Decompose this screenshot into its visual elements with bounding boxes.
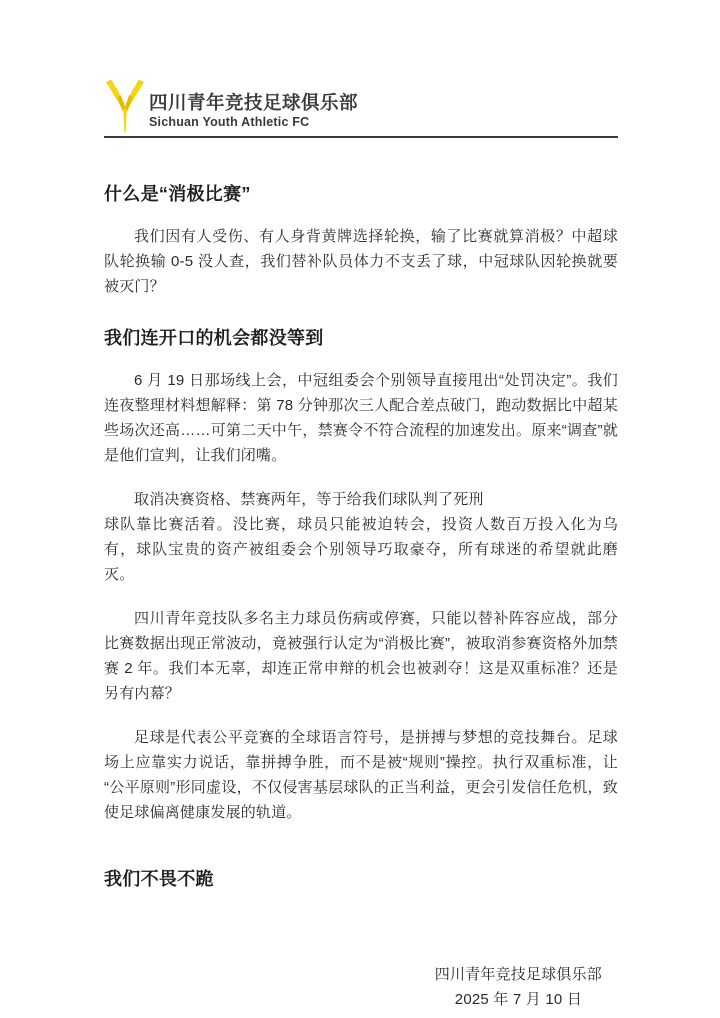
page-content: 四川青年竞技足球俱乐部 Sichuan Youth Athletic FC 什么… (0, 0, 720, 1012)
death-sentence-line1: 取消决赛资格、禁赛两年，等于给我们球队判了死刑 (104, 487, 618, 512)
paragraph-death-sentence: 取消决赛资格、禁赛两年，等于给我们球队判了死刑球队靠比赛活着。没比赛，球员只能被… (104, 487, 618, 587)
club-name-zh: 四川青年竞技足球俱乐部 (149, 93, 358, 113)
death-sentence-line2: 球队靠比赛活着。没比赛，球员只能被迫转会，投资人数百万投入化为乌有，球队宝贵的资… (104, 512, 618, 587)
club-name-en: Sichuan Youth Athletic FC (149, 115, 358, 129)
paragraph-rotation-argument: 我们因有人受伤、有人身背黄牌选择轮换，输了比赛就算消极？中超球队轮换输 0-5 … (104, 224, 618, 299)
statement-page: 四川青年竞技足球俱乐部 Sichuan Youth Athletic FC 什么… (0, 0, 720, 1018)
signature-block: 四川青年竞技足球俱乐部 2025 年 7 月 10 日 (435, 962, 602, 1012)
heading-what-is-negative-match: 什么是“消极比赛” (104, 182, 618, 207)
paragraph-online-meeting: 6 月 19 日那场线上会，中冠组委会个别领导直接甩出“处罚决定”。我们连夜整理… (104, 368, 618, 468)
signature-club-name: 四川青年竞技足球俱乐部 (435, 962, 602, 987)
club-logo-icon (104, 79, 146, 133)
header-divider (104, 136, 618, 138)
statement-body: 什么是“消极比赛” 我们因有人受伤、有人身背黄牌选择轮换，输了比赛就算消极？中超… (104, 182, 618, 892)
heading-no-chance-to-speak: 我们连开口的机会都没等到 (104, 326, 618, 351)
paragraph-fair-play: 足球是代表公平竞赛的全球语言符号，是拼搏与梦想的竞技舞台。足球场上应靠实力说话，… (104, 725, 618, 825)
paragraph-double-standard: 四川青年竞技队多名主力球员伤病或停赛，只能以替补阵容应战，部分比赛数据出现正常波… (104, 606, 618, 706)
heading-no-fear-no-kneel: 我们不畏不跪 (104, 867, 618, 892)
club-brand-block: 四川青年竞技足球俱乐部 Sichuan Youth Athletic FC (149, 78, 358, 129)
signature-date: 2025 年 7 月 10 日 (435, 987, 602, 1012)
letterhead: 四川青年竞技足球俱乐部 Sichuan Youth Athletic FC (104, 78, 618, 133)
